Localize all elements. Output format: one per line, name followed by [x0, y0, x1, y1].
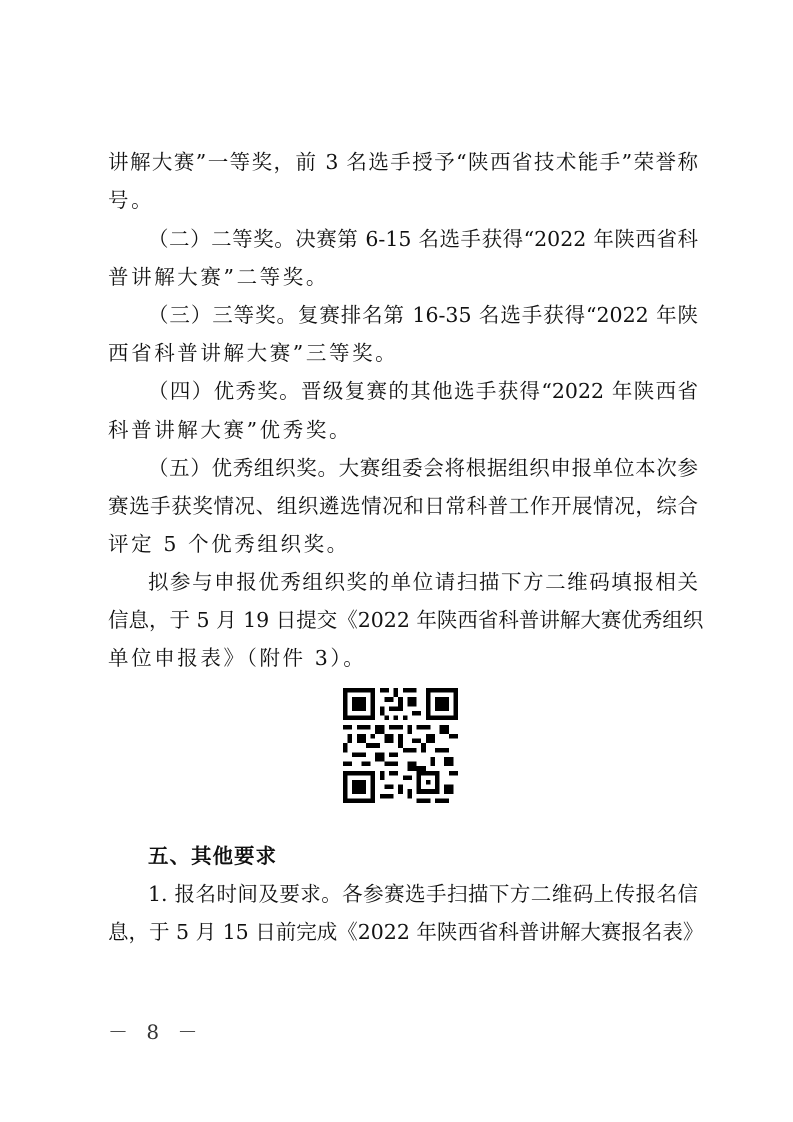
paragraph-third-prize-line-1: （三）三等奖。复赛排名第 16-35 名选手获得“2022 年陕 — [148, 303, 698, 327]
qr-code-image[interactable] — [343, 688, 458, 803]
paragraph-apply-line-2: 信息，于 5 月 19 日提交《2022 年陕西省科普讲解大赛优秀组织 — [108, 608, 698, 632]
paragraph-excellence-prize-line-2: 科普讲解大赛”优秀奖。 — [108, 418, 698, 442]
paragraph-apply-line-3: 单位申报表》（附件 3）。 — [108, 646, 698, 670]
paragraph-registration-line-1: 1. 报名时间及要求。各参赛选手扫描下方二维码上传报名信 — [148, 882, 698, 906]
paragraph-first-prize-line-2: 号。 — [108, 188, 698, 212]
paragraph-organization-prize-line-3: 评定 5 个优秀组织奖。 — [108, 532, 698, 556]
paragraph-registration-line-2: 息，于 5 月 15 日前完成《2022 年陕西省科普讲解大赛报名表》 — [108, 920, 698, 944]
page-number: － 8 － — [108, 1016, 203, 1045]
section-heading-other-requirements: 五、其他要求 — [148, 844, 698, 868]
paragraph-excellence-prize-line-1: （四）优秀奖。晋级复赛的其他选手获得“2022 年陕西省 — [148, 379, 698, 403]
paragraph-second-prize-line-1: （二）二等奖。决赛第 6-15 名选手获得“2022 年陕西省科 — [148, 227, 698, 251]
document-page: 讲解大赛”一等奖，前 3 名选手授予“陕西省技术能手”荣誉称 号。 （二）二等奖… — [0, 0, 793, 1122]
paragraph-third-prize-line-2: 西省科普讲解大赛”三等奖。 — [108, 341, 698, 365]
paragraph-organization-prize-line-2: 赛选手获奖情况、组织遴选情况和日常科普工作开展情况，综合 — [108, 494, 698, 518]
paragraph-organization-prize-line-1: （五）优秀组织奖。大赛组委会将根据组织申报单位本次参 — [148, 456, 698, 480]
paragraph-second-prize-line-2: 普讲解大赛”二等奖。 — [108, 265, 698, 289]
paragraph-apply-line-1: 拟参与申报优秀组织奖的单位请扫描下方二维码填报相关 — [148, 570, 698, 594]
paragraph-first-prize-line-1: 讲解大赛”一等奖，前 3 名选手授予“陕西省技术能手”荣誉称 — [108, 150, 698, 174]
